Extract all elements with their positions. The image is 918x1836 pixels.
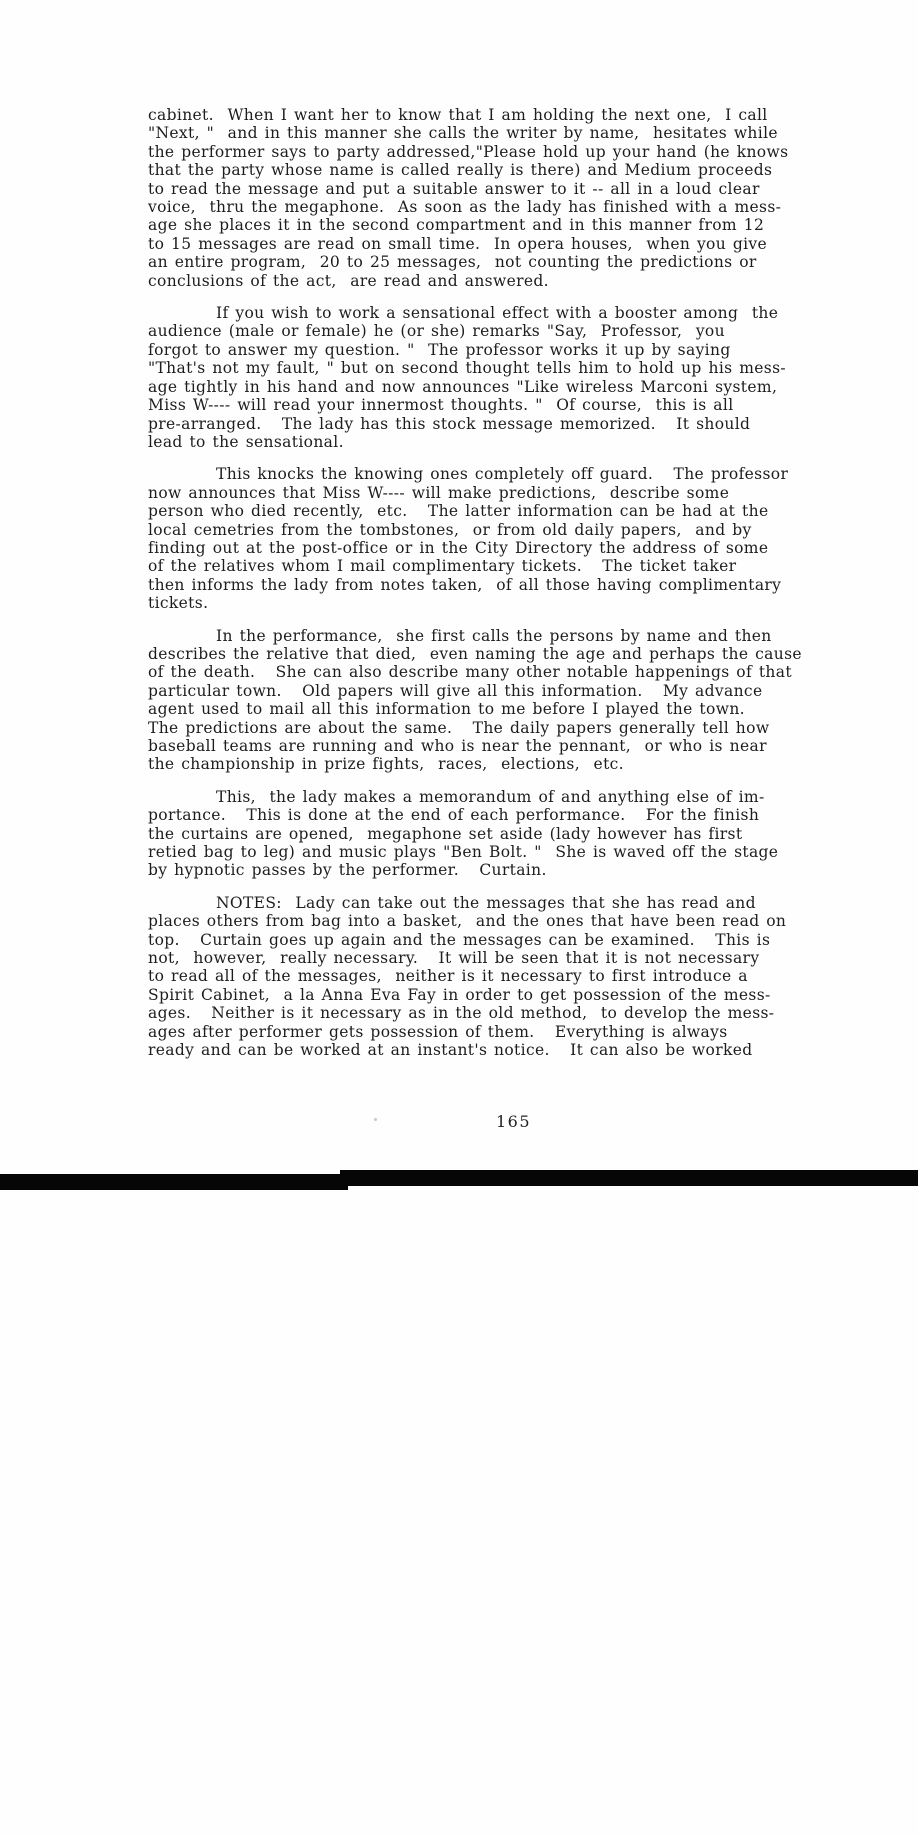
- text-line: "That's not my fault, " but on second th…: [148, 359, 828, 377]
- page-text: cabinet. When I want her to know that I …: [148, 106, 828, 1074]
- text-line: by hypnotic passes by the performer. Cur…: [148, 861, 828, 879]
- text-line: Miss W---- will read your innermost thou…: [148, 396, 828, 414]
- paragraph: NOTES: Lady can take out the messages th…: [148, 894, 828, 1060]
- text-line: "Next, " and in this manner she calls th…: [148, 124, 828, 142]
- text-line: places others from bag into a basket, an…: [148, 912, 828, 930]
- scan-artifact-bar-right: [340, 1170, 918, 1186]
- scanned-document-page: cabinet. When I want her to know that I …: [0, 0, 918, 1836]
- text-line: of the death. She can also describe many…: [148, 663, 828, 681]
- text-line: the curtains are opened, megaphone set a…: [148, 825, 828, 843]
- text-line: pre-arranged. The lady has this stock me…: [148, 415, 828, 433]
- text-line: not, however, really necessary. It will …: [148, 949, 828, 967]
- text-line: now announces that Miss W---- will make …: [148, 484, 828, 502]
- text-line: NOTES: Lady can take out the messages th…: [148, 894, 828, 912]
- text-line: agent used to mail all this information …: [148, 700, 828, 718]
- text-line: Spirit Cabinet, a la Anna Eva Fay in ord…: [148, 986, 828, 1004]
- text-line: finding out at the post-office or in the…: [148, 539, 828, 557]
- text-line: particular town. Old papers will give al…: [148, 682, 828, 700]
- paragraph: In the performance, she first calls the …: [148, 627, 828, 774]
- text-line: then informs the lady from notes taken, …: [148, 576, 828, 594]
- text-line: forgot to answer my question. " The prof…: [148, 341, 828, 359]
- scan-speck: [374, 1118, 377, 1121]
- text-line: top. Curtain goes up again and the messa…: [148, 931, 828, 949]
- paragraph: This, the lady makes a memorandum of and…: [148, 788, 828, 880]
- text-line: the performer says to party addressed,"P…: [148, 143, 828, 161]
- text-line: This knocks the knowing ones completely …: [148, 465, 828, 483]
- text-line: tickets.: [148, 594, 828, 612]
- text-line: lead to the sensational.: [148, 433, 828, 451]
- text-line: to read all of the messages, neither is …: [148, 967, 828, 985]
- text-line: If you wish to work a sensational effect…: [148, 304, 828, 322]
- text-line: ages. Neither is it necessary as in the …: [148, 1004, 828, 1022]
- text-line: to 15 messages are read on small time. I…: [148, 235, 828, 253]
- text-line: conclusions of the act, are read and ans…: [148, 272, 828, 290]
- page-number: 165: [496, 1112, 531, 1131]
- text-line: portance. This is done at the end of eac…: [148, 806, 828, 824]
- text-line: age tightly in his hand and now announce…: [148, 378, 828, 396]
- paragraph: This knocks the knowing ones completely …: [148, 465, 828, 612]
- text-line: age she places it in the second compartm…: [148, 216, 828, 234]
- text-line: the championship in prize fights, races,…: [148, 755, 828, 773]
- text-line: person who died recently, etc. The latte…: [148, 502, 828, 520]
- paragraph: cabinet. When I want her to know that I …: [148, 106, 828, 290]
- text-line: baseball teams are running and who is ne…: [148, 737, 828, 755]
- text-line: that the party whose name is called real…: [148, 161, 828, 179]
- text-line: audience (male or female) he (or she) re…: [148, 322, 828, 340]
- text-line: The predictions are about the same. The …: [148, 719, 828, 737]
- text-line: of the relatives whom I mail complimenta…: [148, 557, 828, 575]
- text-line: cabinet. When I want her to know that I …: [148, 106, 828, 124]
- text-line: This, the lady makes a memorandum of and…: [148, 788, 828, 806]
- text-line: voice, thru the megaphone. As soon as th…: [148, 198, 828, 216]
- text-line: ages after performer gets possession of …: [148, 1023, 828, 1041]
- text-line: to read the message and put a suitable a…: [148, 180, 828, 198]
- text-line: ready and can be worked at an instant's …: [148, 1041, 828, 1059]
- scan-artifact-bar-left: [0, 1174, 348, 1190]
- text-line: In the performance, she first calls the …: [148, 627, 828, 645]
- text-line: an entire program, 20 to 25 messages, no…: [148, 253, 828, 271]
- text-line: describes the relative that died, even n…: [148, 645, 828, 663]
- text-line: retied bag to leg) and music plays "Ben …: [148, 843, 828, 861]
- paragraph: If you wish to work a sensational effect…: [148, 304, 828, 451]
- text-line: local cemetries from the tombstones, or …: [148, 521, 828, 539]
